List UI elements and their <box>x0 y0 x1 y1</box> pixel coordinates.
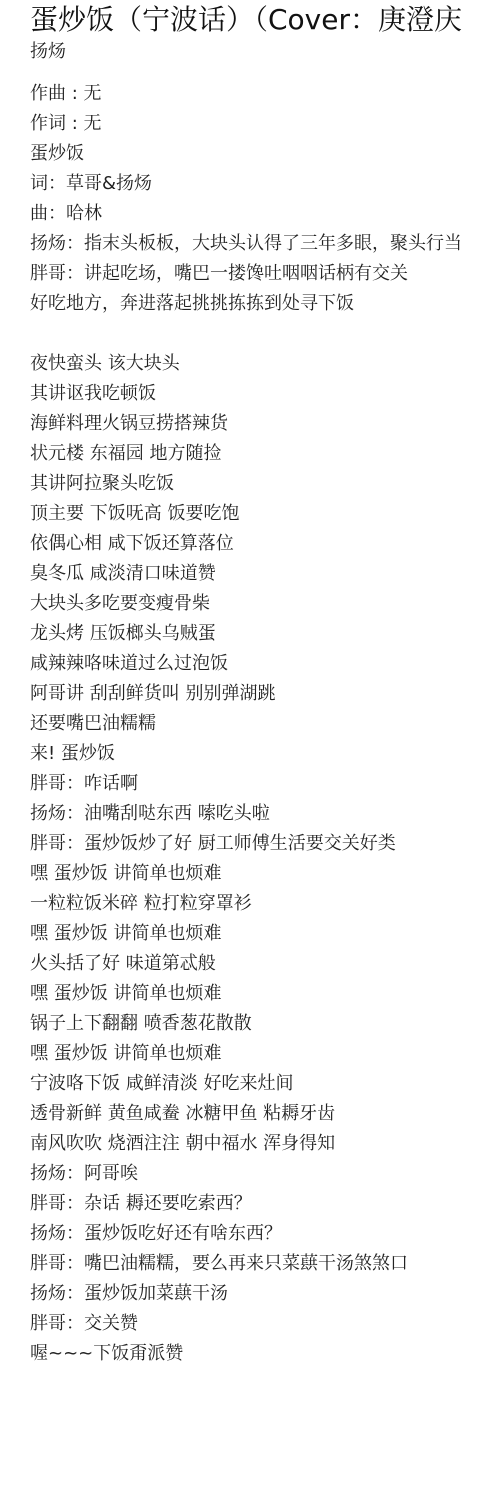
lyric-line: 火头括了好 味道第忒般 <box>30 949 500 979</box>
lyric-line: 扬炀：指末头板板，大块头认得了三年多眼，聚头行当 <box>30 229 500 259</box>
lyric-line: 夜快蛮头 该大块头 <box>30 349 500 379</box>
lyric-line: 嘿 蛋炒饭 讲简单也烦难 <box>30 1039 500 1069</box>
lyric-line: 胖哥：杂话 耨还要吃索西？ <box>30 1189 500 1219</box>
lyric-line: 曲：哈林 <box>30 199 500 229</box>
lyric-line: 胖哥：嘴巴油糯糯，要么再来只菜蕻干汤煞煞口 <box>30 1249 500 1279</box>
song-title: 蛋炒饭（宁波话）（Cover：庚澄庆 <box>30 2 462 38</box>
lyric-line: 胖哥：蛋炒饭炒了好 厨工师傅生活要交关好类 <box>30 829 500 859</box>
lyric-line: 状元楼 东福园 地方随捡 <box>30 439 500 469</box>
lyric-line: 词：草哥&扬炀 <box>30 169 500 199</box>
lyric-line: 大块头多吃要变瘦骨柴 <box>30 589 500 619</box>
lyric-line: 还要嘴巴油糯糯 <box>30 709 500 739</box>
lyric-line: 作词 : 无 <box>30 109 500 139</box>
lyric-line: 透骨新鲜 黄鱼咸鲞 冰糖甲鱼 粘耨牙齿 <box>30 1099 500 1129</box>
lyric-line: 臭冬瓜 咸淡清口味道赞 <box>30 559 500 589</box>
lyric-line: 来! 蛋炒饭 <box>30 739 500 769</box>
lyric-line: 海鲜料理火锅豆捞搭辣货 <box>30 409 500 439</box>
lyric-line: 胖哥：交关赞 <box>30 1309 500 1339</box>
lyric-blank-line <box>30 319 500 349</box>
lyric-line: 扬炀：蛋炒饭吃好还有啥东西？ <box>30 1219 500 1249</box>
lyric-line: 喔~~~下饭甭派赞 <box>30 1339 500 1369</box>
lyric-line: 好吃地方，奔进落起挑挑拣拣到处寻下饭 <box>30 289 500 319</box>
lyric-line: 作曲 : 无 <box>30 79 500 109</box>
lyrics-page: 蛋炒饭（宁波话）（Cover：庚澄庆 扬炀 作曲 : 无 作词 : 无 蛋炒饭 … <box>0 0 500 1510</box>
lyric-line: 咸辣辣咯味道过么过泡饭 <box>30 649 500 679</box>
lyric-line: 其讲阿拉聚头吃饭 <box>30 469 500 499</box>
lyric-line: 嘿 蛋炒饭 讲简单也烦难 <box>30 979 500 1009</box>
lyric-line: 宁波咯下饭 咸鲜清淡 好吃来灶间 <box>30 1069 500 1099</box>
song-artist: 扬炀 <box>30 39 66 65</box>
lyric-line: 其讲讴我吃顿饭 <box>30 379 500 409</box>
lyric-line: 胖哥：讲起吃场，嘴巴一搂馋吐咽咽话柄有交关 <box>30 259 500 289</box>
lyrics-body: 作曲 : 无 作词 : 无 蛋炒饭 词：草哥&扬炀 曲：哈林 扬炀：指末头板板，… <box>30 79 500 1369</box>
lyric-line: 阿哥讲 刮刮鲜货叫 别别弹湖跳 <box>30 679 500 709</box>
lyric-line: 依偶心相 咸下饭还算落位 <box>30 529 500 559</box>
lyric-line: 南风吹吹 烧酒注注 朝中福水 浑身得知 <box>30 1129 500 1159</box>
lyric-line: 扬炀：蛋炒饭加菜蕻干汤 <box>30 1279 500 1309</box>
lyric-line: 扬炀：油嘴刮哒东西 嗦吃头啦 <box>30 799 500 829</box>
lyric-line: 蛋炒饭 <box>30 139 500 169</box>
lyric-line: 嘿 蛋炒饭 讲简单也烦难 <box>30 919 500 949</box>
lyric-line: 龙头烤 压饭榔头乌贼蛋 <box>30 619 500 649</box>
lyric-line: 扬炀：阿哥唉 <box>30 1159 500 1189</box>
lyric-line: 一粒粒饭米碎 粒打粒穿罩衫 <box>30 889 500 919</box>
lyric-line: 胖哥：咋话啊 <box>30 769 500 799</box>
lyric-line: 锅子上下翻翻 喷香葱花散散 <box>30 1009 500 1039</box>
lyric-line: 嘿 蛋炒饭 讲简单也烦难 <box>30 859 500 889</box>
lyric-line: 顶主要 下饭呒高 饭要吃饱 <box>30 499 500 529</box>
